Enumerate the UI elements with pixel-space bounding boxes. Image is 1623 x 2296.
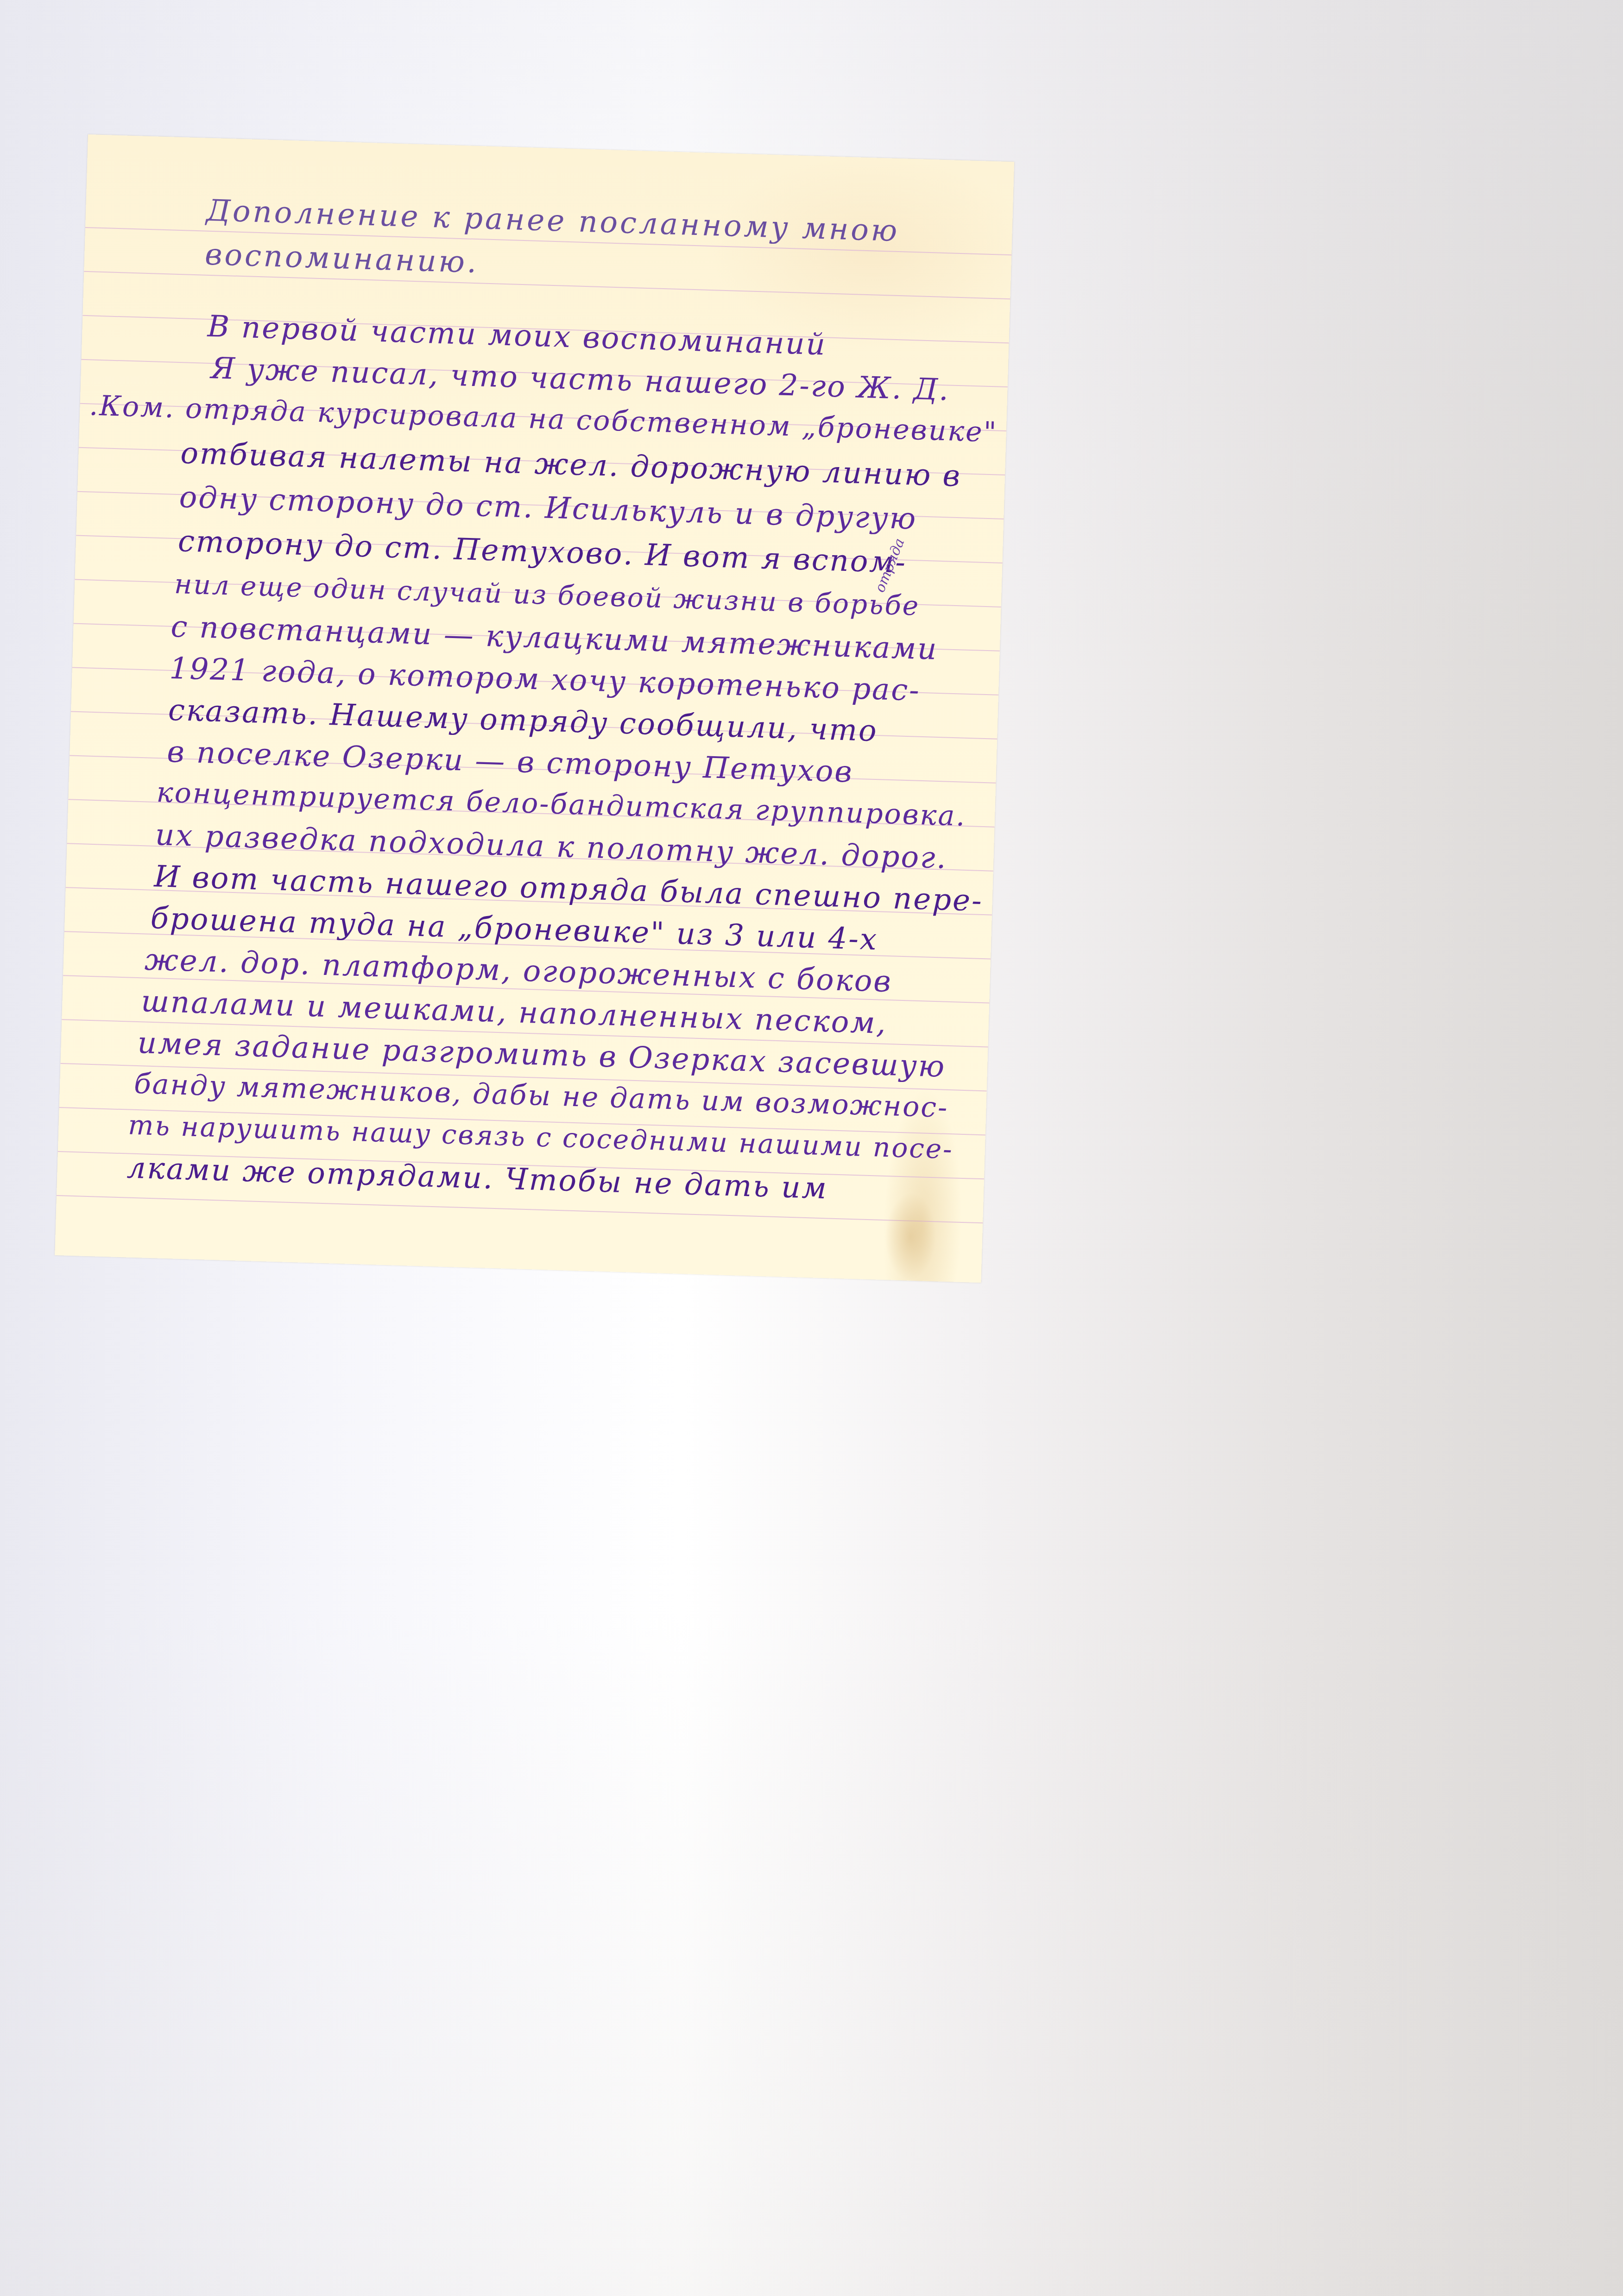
title-line-1: Дополнение к ранее посланному мною [206, 194, 900, 248]
title-line-2: воспоминанию. [204, 238, 479, 280]
body-line-21: лками же отрядами. Чтобы не дать им [126, 1151, 828, 1206]
ruled-line [57, 1195, 983, 1223]
ruled-line [84, 271, 1010, 299]
handwritten-page: Дополнение к ранее посланному мною воспо… [55, 134, 1014, 1283]
paper-stain [884, 1192, 937, 1281]
